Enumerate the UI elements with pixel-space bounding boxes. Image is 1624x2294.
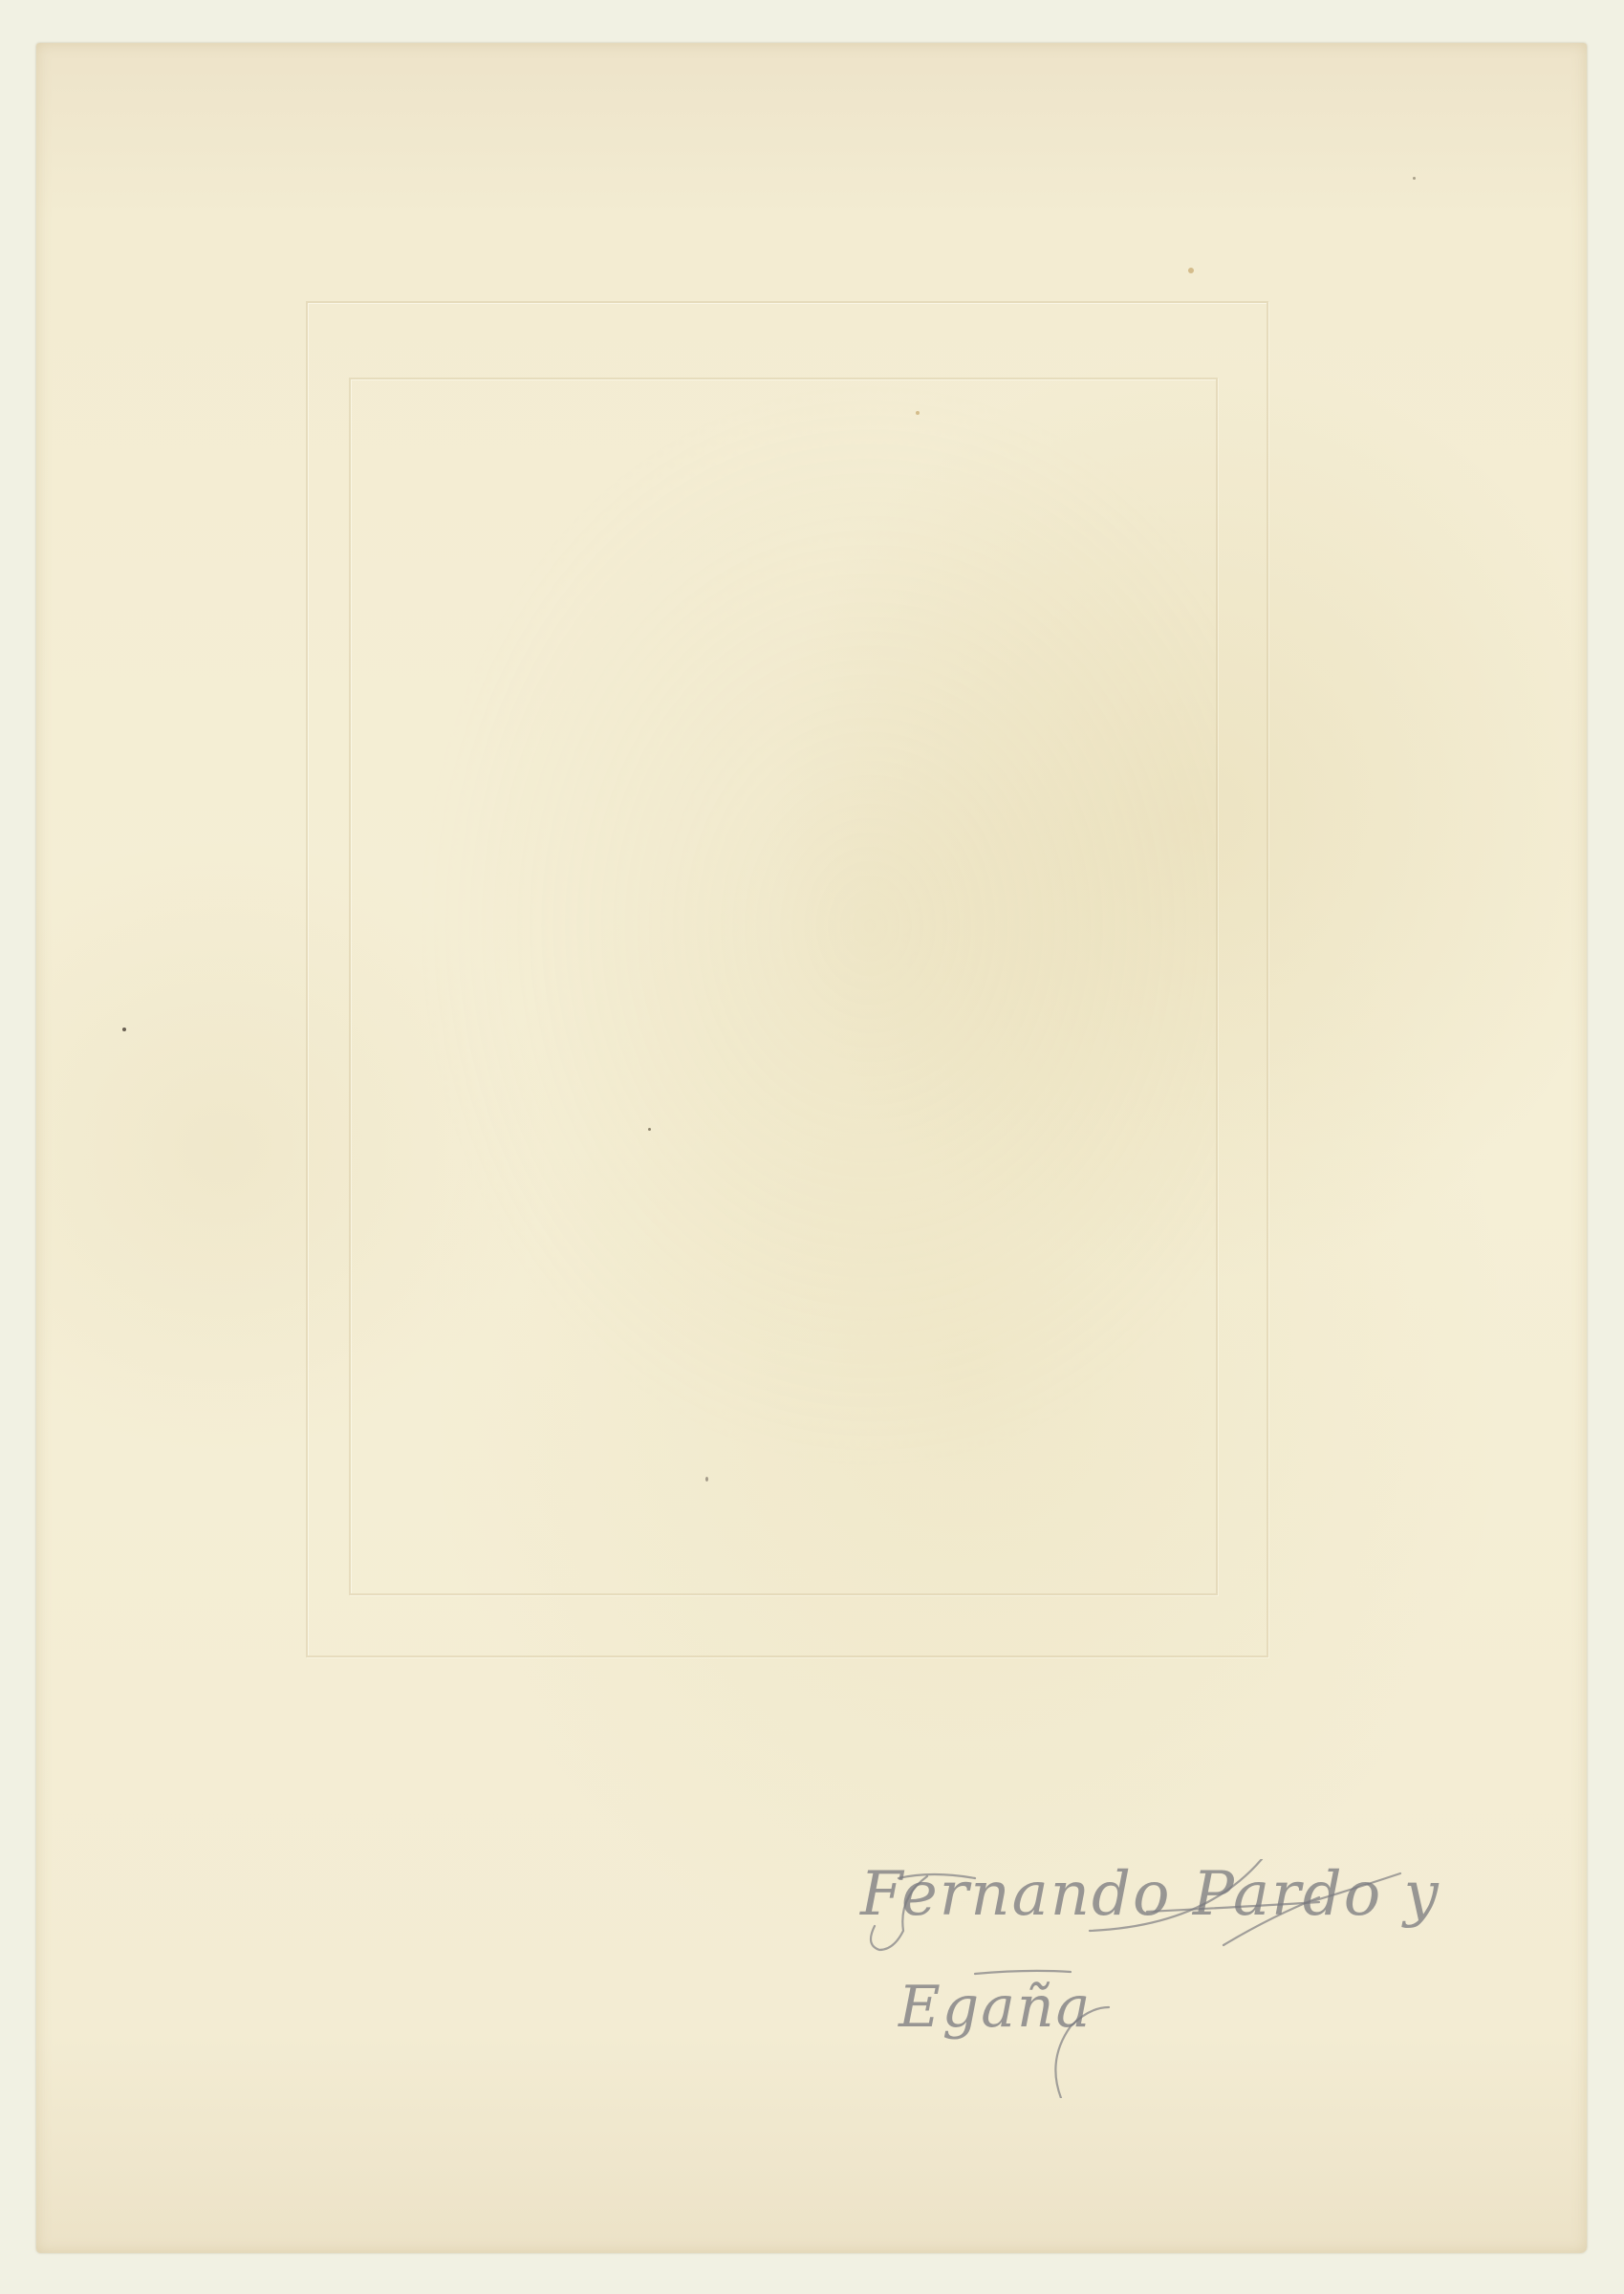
foxing-spot (1188, 268, 1194, 273)
signature-line-1: Fernando Pardo y (860, 1859, 1440, 1930)
plate-mark-inner (349, 378, 1218, 1595)
photograph-scene: Fernando Pardo y Egaña (0, 0, 1624, 2294)
signature-line-2: Egaña (899, 1974, 1092, 2041)
foxing-spot (122, 1028, 126, 1031)
foxing-spot (1413, 177, 1416, 180)
pencil-signature: Fernando Pardo y Egaña (860, 1859, 1491, 2098)
